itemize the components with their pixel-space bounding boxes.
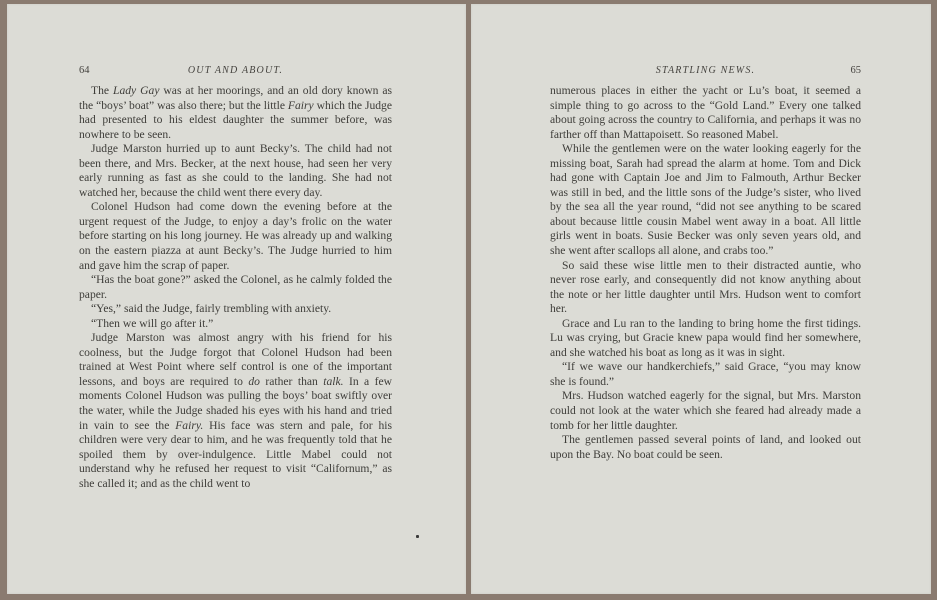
- text-run: “Has the boat gone?” asked the Colonel, …: [79, 273, 392, 301]
- paragraph: The Lady Gay was at her moorings, and an…: [79, 84, 392, 142]
- paragraph: numerous places in either the yacht or L…: [550, 84, 861, 142]
- text-run: Mrs. Hudson watched eagerly for the sign…: [550, 389, 861, 431]
- text-run: Colonel Hudson had come down the evening…: [79, 200, 392, 271]
- page-number: 65: [851, 64, 862, 78]
- italic-text: talk.: [323, 375, 343, 388]
- text-run: “Then we will go after it.”: [91, 317, 213, 330]
- running-head: 64 OUT AND ABOUT.: [79, 64, 392, 78]
- paragraph: Colonel Hudson had come down the evening…: [79, 200, 392, 273]
- italic-text: Lady Gay: [113, 84, 159, 97]
- right-page: STARTLING NEWS. 65 numerous places in ei…: [471, 4, 931, 594]
- text-run: rather than: [260, 375, 323, 388]
- text-run: “If we wave our handkerchiefs,” said Gra…: [550, 360, 861, 388]
- paragraph: Judge Marston hurried up to aunt Becky’s…: [79, 142, 392, 200]
- text-run: The: [91, 84, 113, 97]
- left-page: 64 OUT AND ABOUT. The Lady Gay was at he…: [7, 4, 466, 594]
- paragraph: Mrs. Hudson watched eagerly for the sign…: [550, 389, 861, 433]
- body-text: The Lady Gay was at her moorings, and an…: [79, 84, 392, 491]
- paragraph: “Then we will go after it.”: [79, 317, 392, 332]
- paragraph: While the gentlemen were on the water lo…: [550, 142, 861, 258]
- paragraph: “Yes,” said the Judge, fairly trembling …: [79, 302, 392, 317]
- body-text: numerous places in either the yacht or L…: [550, 84, 861, 462]
- paper-speck: [416, 535, 419, 538]
- paragraph: So said these wise little men to their d…: [550, 259, 861, 317]
- text-run: Judge Marston hurried up to aunt Becky’s…: [79, 142, 392, 199]
- running-head: STARTLING NEWS. 65: [550, 64, 861, 78]
- paragraph: Judge Marston was almost angry with his …: [79, 331, 392, 491]
- text-run: numerous places in either the yacht or L…: [550, 84, 861, 141]
- paragraph: “If we wave our handkerchiefs,” said Gra…: [550, 360, 861, 389]
- paragraph: Grace and Lu ran to the landing to bring…: [550, 317, 861, 361]
- text-run: Grace and Lu ran to the landing to bring…: [550, 317, 861, 359]
- text-run: The gentlemen passed several points of l…: [550, 433, 861, 461]
- paragraph: The gentlemen passed several points of l…: [550, 433, 861, 462]
- text-run: While the gentlemen were on the water lo…: [550, 142, 861, 257]
- italic-text: Fairy: [288, 99, 314, 112]
- italic-text: Fairy.: [175, 419, 203, 432]
- running-head-title: STARTLING NEWS.: [550, 64, 861, 78]
- text-run: “Yes,” said the Judge, fairly trembling …: [91, 302, 331, 315]
- running-head-title: OUT AND ABOUT.: [79, 64, 392, 78]
- italic-text: do: [248, 375, 260, 388]
- text-run: So said these wise little men to their d…: [550, 259, 861, 316]
- paragraph: “Has the boat gone?” asked the Colonel, …: [79, 273, 392, 302]
